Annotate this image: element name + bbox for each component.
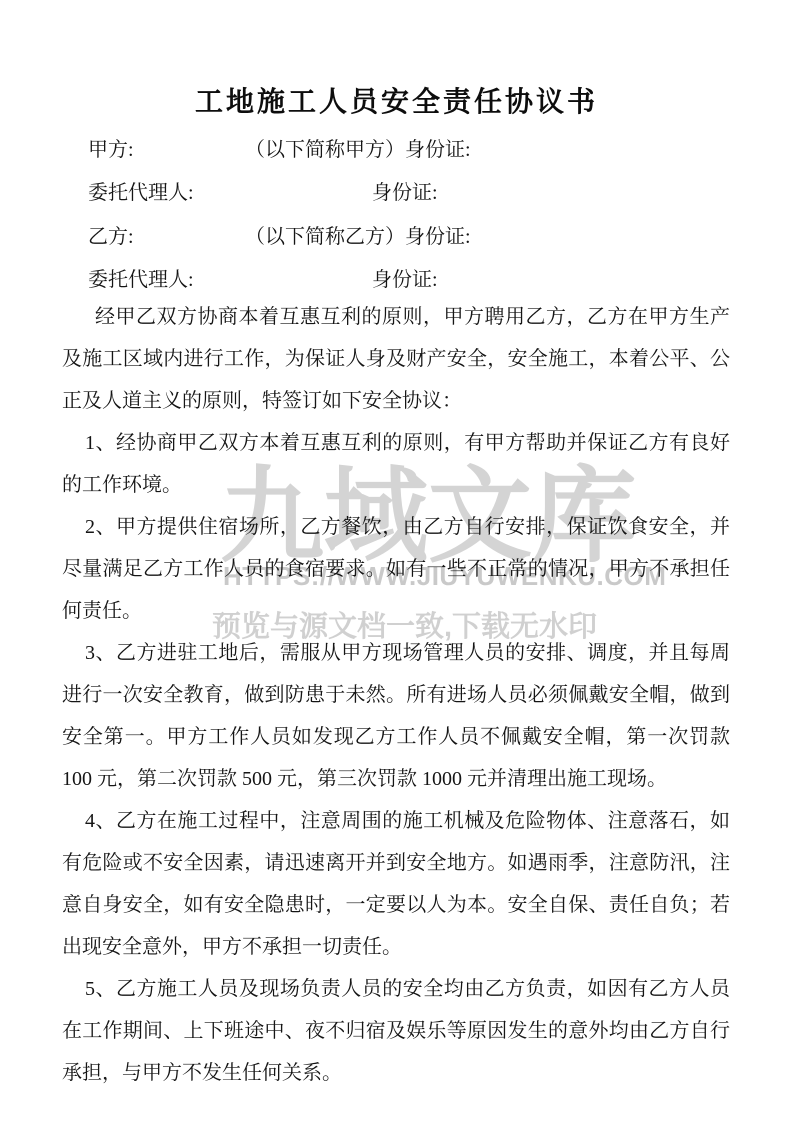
party-note: （以下简称乙方） [245, 226, 405, 248]
clause-paragraph-2: 2、甲方提供住宿场所，乙方餐饮，由乙方自行安排，保证饮食安全，并尽量满足乙方工作… [62, 506, 730, 632]
intro-paragraph: 经甲乙双方协商本着互惠互利的原则，甲方聘用乙方，乙方在甲方生产及施工区域内进行工… [62, 296, 730, 422]
id-card-label: 身份证: [405, 226, 471, 248]
party-row-yifang-agent: 委托代理人: 身份证: [0, 269, 793, 293]
clause-paragraph-5: 5、乙方施工人员及现场负责人员的安全均由乙方负责，如因有乙方人员在工作期间、上下… [62, 968, 730, 1094]
id-card-label: 身份证: [405, 139, 471, 161]
party-note: （以下简称甲方） [245, 139, 405, 161]
party-row-jiafang-agent: 委托代理人: 身份证: [0, 182, 793, 206]
party-id-group: （以下简称甲方）身份证: [245, 139, 471, 162]
id-card-label: 身份证: [372, 182, 438, 204]
party-label: 委托代理人: [88, 182, 194, 205]
party-row-yifang: 乙方: （以下简称乙方）身份证: [0, 226, 793, 250]
party-label: 委托代理人: [88, 269, 194, 292]
clause-paragraph-4: 4、乙方在施工过程中，注意周围的施工机械及危险物体、注意落石，如有危险或不安全因… [62, 800, 730, 968]
party-label: 甲方: [88, 139, 134, 162]
document-content: 工地施工人员安全责任协议书 甲方: （以下简称甲方）身份证: 委托代理人: 身份… [0, 0, 793, 1122]
document-title: 工地施工人员安全责任协议书 [0, 86, 793, 118]
clauses-block: 经甲乙双方协商本着互惠互利的原则，甲方聘用乙方，乙方在甲方生产及施工区域内进行工… [62, 296, 730, 1094]
party-label: 乙方: [88, 226, 134, 249]
party-id-group: （以下简称乙方）身份证: [245, 226, 471, 249]
clause-paragraph-3: 3、乙方进驻工地后，需服从甲方现场管理人员的安排、调度，并且每周进行一次安全教育… [62, 632, 730, 800]
document-page: 九域文库 HTTPS://WWW.JIUYUWENKU.COM 预览与源文档一致… [0, 0, 793, 1122]
party-row-jiafang: 甲方: （以下简称甲方）身份证: [0, 139, 793, 163]
id-card-label: 身份证: [372, 269, 438, 291]
party-id-group: 身份证: [372, 269, 438, 292]
party-id-group: 身份证: [372, 182, 438, 205]
clause-paragraph-1: 1、经协商甲乙双方本着互惠互利的原则，有甲方帮助并保证乙方有良好的工作环境。 [62, 422, 730, 506]
